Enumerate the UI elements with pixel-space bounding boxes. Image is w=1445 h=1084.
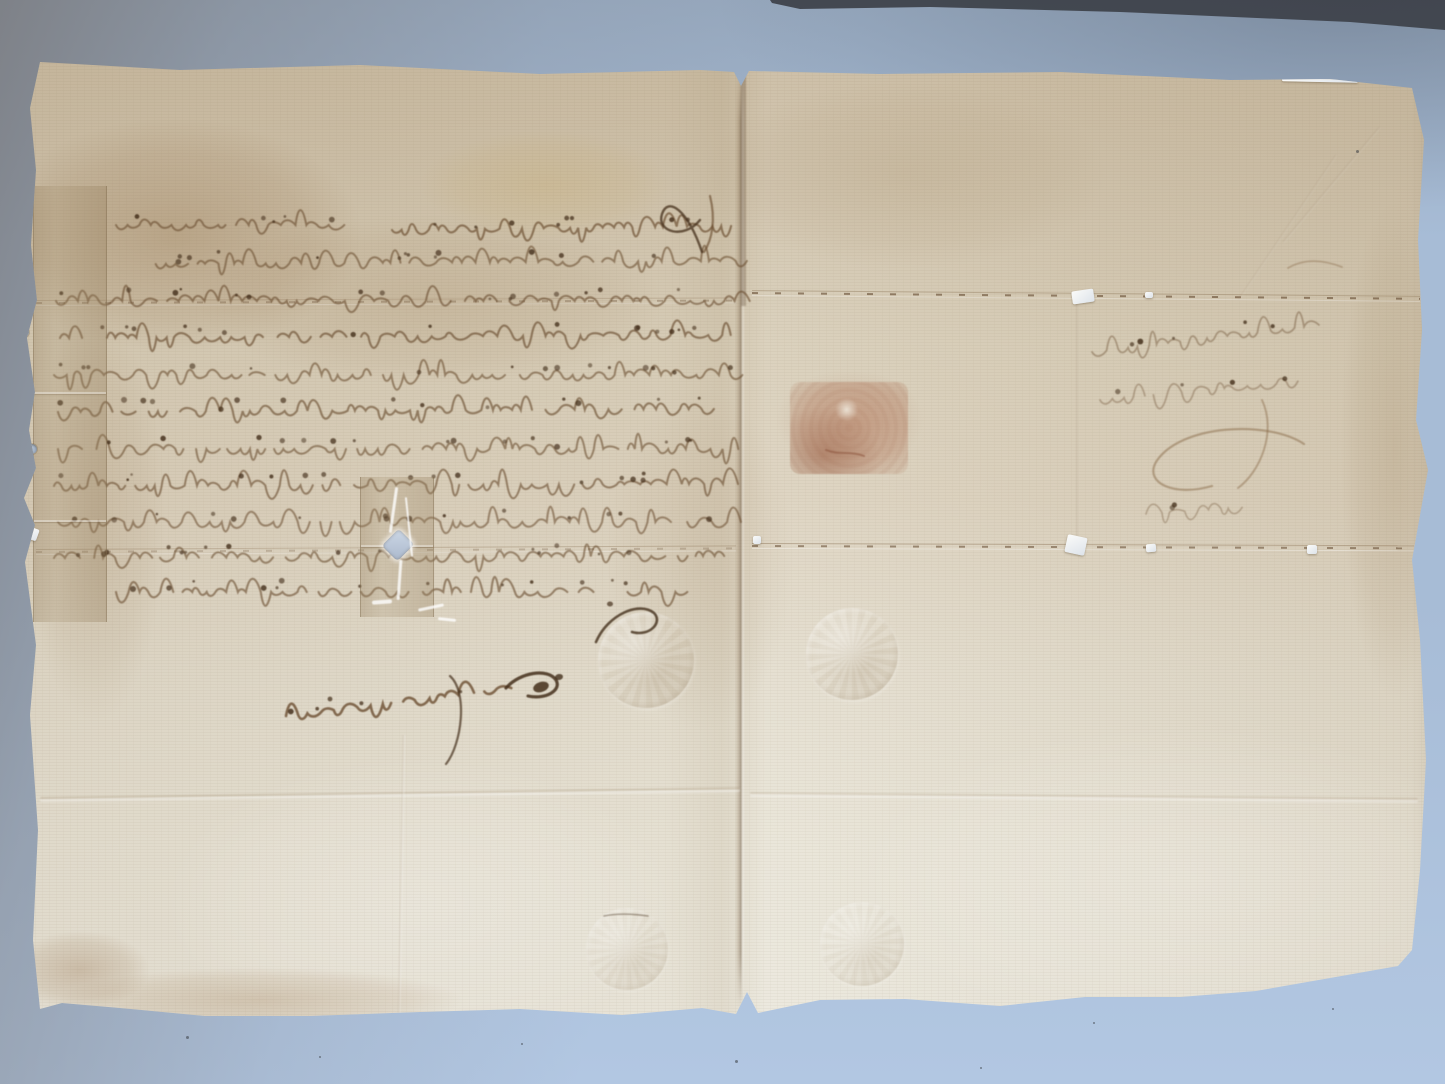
dust-speck [1332,1008,1334,1010]
dust-speck [980,1067,982,1069]
dust-speck [186,1036,189,1039]
dust-speck [1356,150,1359,153]
dust-specks-layer [0,0,1445,1084]
dust-speck [1093,1022,1095,1024]
dust-speck [521,1043,523,1045]
dust-speck [319,1056,321,1058]
dust-speck [735,1060,738,1063]
photo-of-antique-manuscript [0,0,1445,1084]
